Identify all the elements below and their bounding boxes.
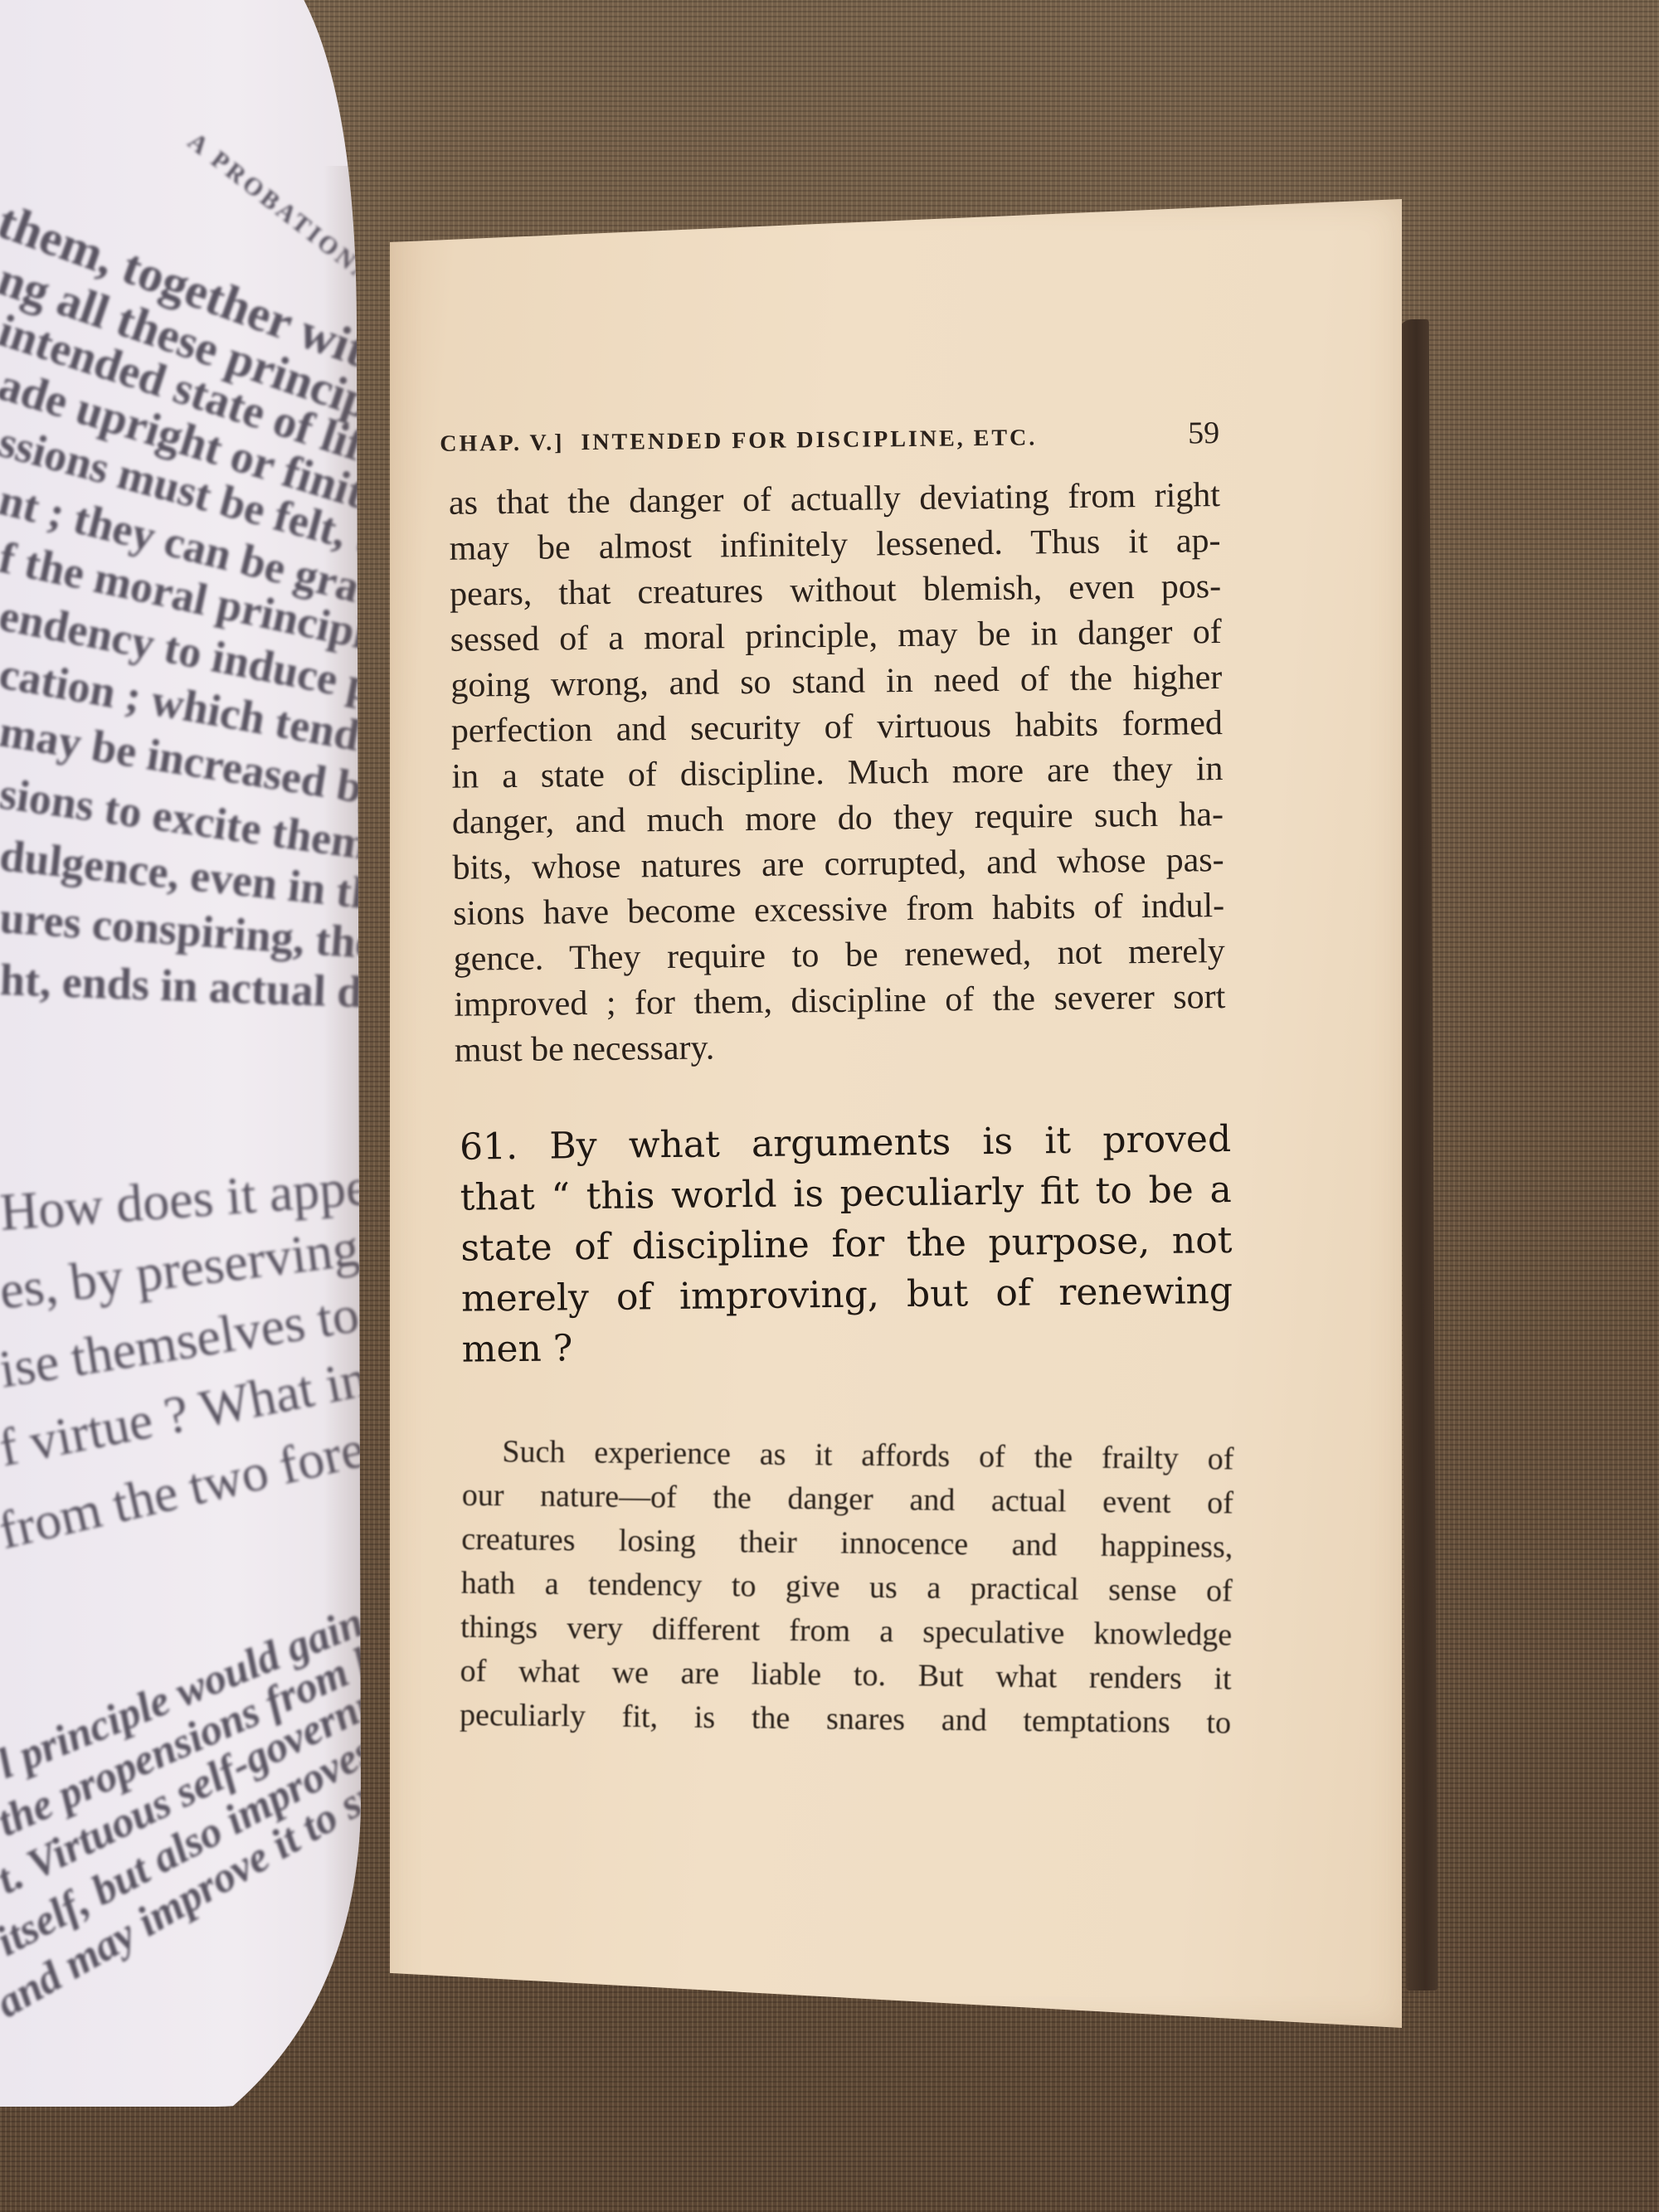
body-line: sions have become excessive from habits … <box>453 883 1225 937</box>
gutter-shadow <box>324 166 382 2015</box>
answer-line: Such experience as it affords of the fra… <box>462 1430 1234 1482</box>
body-line: sessed of a moral principle, may be in d… <box>450 610 1222 664</box>
question-61: 61. By what arguments is it proved that … <box>460 1114 1233 1375</box>
right-page-content: CHAP. V.] INTENDED FOR DISCIPLINE, ETC. … <box>431 415 1233 1738</box>
answer-line: things very different from a speculative… <box>460 1606 1233 1658</box>
running-head-title: CHAP. V.] INTENDED FOR DISCIPLINE, ETC. <box>440 425 1037 458</box>
body-line: as that the danger of actually deviating… <box>449 473 1221 527</box>
right-page: CHAP. V.] INTENDED FOR DISCIPLINE, ETC. … <box>390 199 1402 2028</box>
body-line: going wrong, and so stand in need of the… <box>450 655 1223 709</box>
body-line: danger, and much more do they require su… <box>452 792 1224 846</box>
body-paragraph: as that the danger of actually deviating… <box>449 473 1226 1074</box>
running-head: CHAP. V.] INTENDED FOR DISCIPLINE, ETC. … <box>440 415 1219 459</box>
page-number: 59 <box>1188 415 1219 451</box>
book-photo-scene: CHAP. V.] INTENDED FOR DISCIPLINE, ETC. … <box>0 0 1659 2212</box>
body-line: bits, whose natures are corrupted, and w… <box>452 838 1224 892</box>
question-line: state of discipline for the purpose, not <box>460 1215 1233 1274</box>
body-line: must be necessary. <box>455 1020 1227 1074</box>
left-page: A PROBATIONARY ST them, together with a … <box>0 0 415 2107</box>
question-line: 61. By what arguments is it proved <box>460 1114 1232 1173</box>
question-line: that “ this world is peculiarly fit to b… <box>460 1164 1232 1223</box>
body-line: pears, that creatures without blemish, e… <box>450 564 1222 618</box>
answer-line: of what we are liable to. But what rende… <box>460 1650 1232 1702</box>
answer-paragraph: Such experience as it affords of the fra… <box>460 1430 1234 1746</box>
answer-line: hath a tendency to give us a practical s… <box>460 1562 1233 1614</box>
body-line: perfection and security of virtuous habi… <box>451 701 1224 755</box>
body-line: gence. They require to be renewed, not m… <box>453 929 1225 983</box>
chapter-label: CHAP. V.] <box>440 430 565 457</box>
answer-line: creatures losing their innocence and hap… <box>461 1518 1233 1570</box>
answer-line: our nature—of the danger and actual even… <box>462 1474 1234 1526</box>
question-line: men ? <box>461 1316 1233 1375</box>
chapter-title: INTENDED FOR DISCIPLINE, ETC. <box>581 425 1037 455</box>
body-line: may be almost infinitely lessened. Thus … <box>449 518 1221 572</box>
body-line: in a state of discipline. Much more are … <box>451 746 1224 800</box>
question-line: merely of improving, but of renewing <box>461 1266 1233 1325</box>
body-line: improved ; for them, discipline of the s… <box>454 975 1226 1028</box>
back-cover-board-edge <box>1398 319 1438 1991</box>
answer-line: peculiarly fit, is the snares and tempta… <box>460 1694 1232 1746</box>
